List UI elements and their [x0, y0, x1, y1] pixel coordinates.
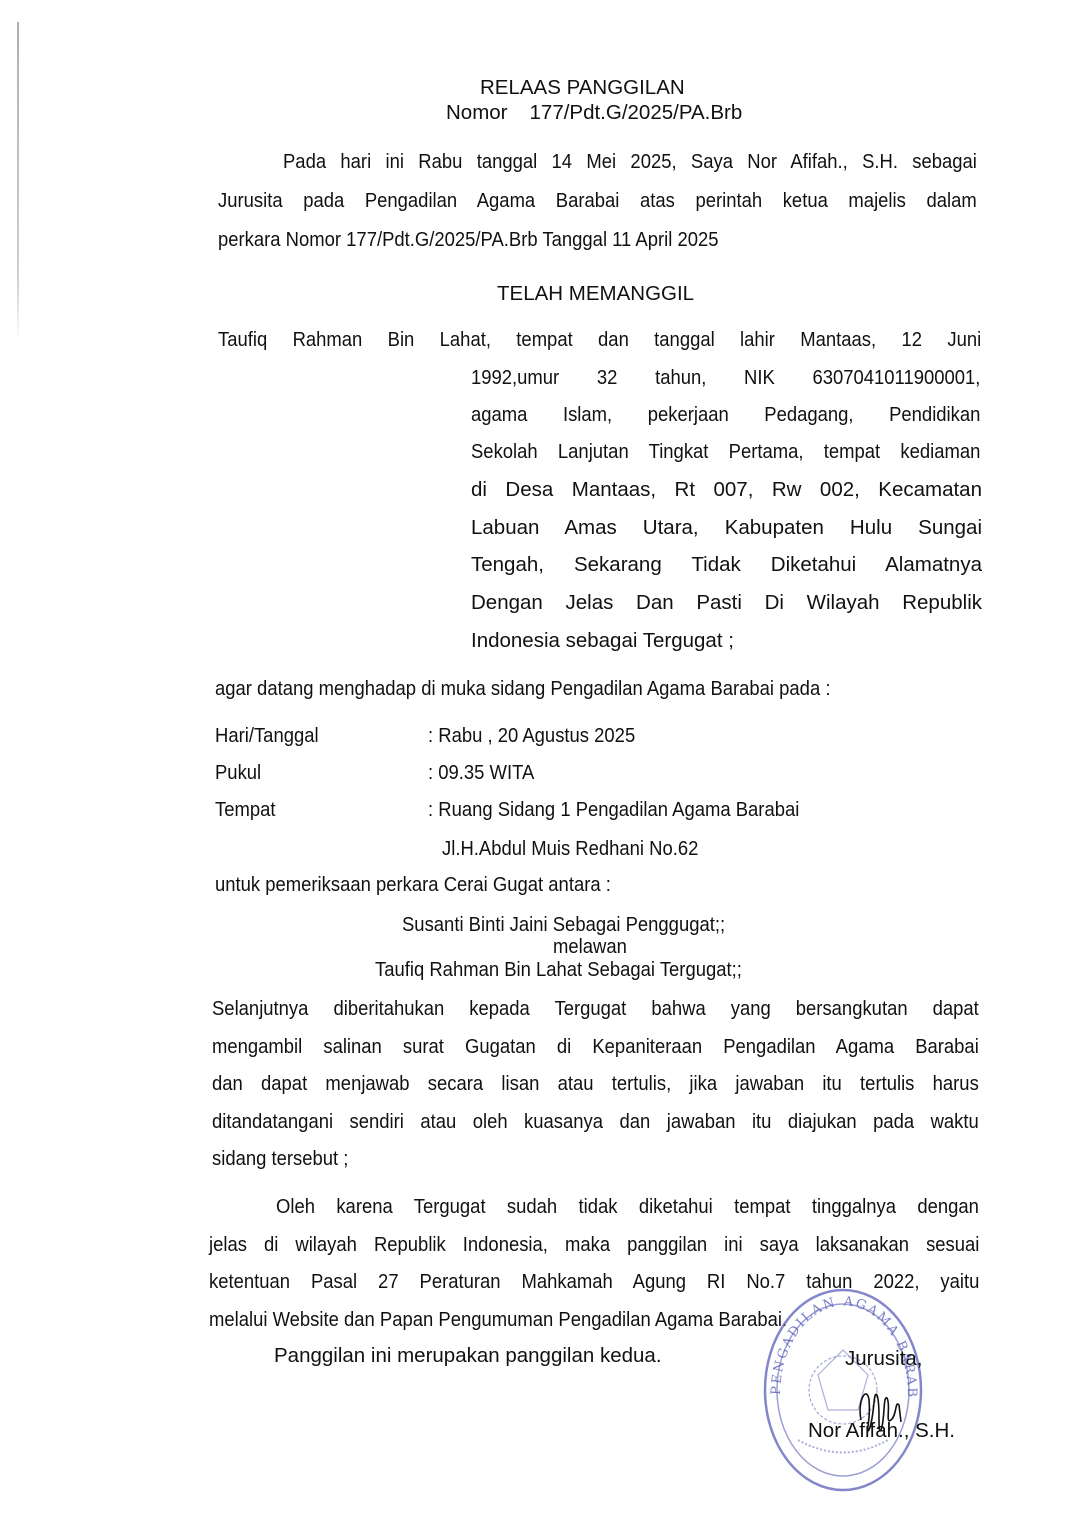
defendant-detail-line: Labuan Amas Utara, Kabupaten Hulu Sungai [471, 516, 982, 540]
court-address: Jl.H.Abdul Muis Redhani No.62 [442, 837, 698, 861]
defendant-first-line: Taufiq Rahman Bin Lahat, tempat dan tang… [218, 328, 981, 352]
legal-basis-line: Oleh karena Tergugat sudah tidak diketah… [276, 1195, 979, 1219]
schedule-value-time: : 09.35 WITA [428, 761, 534, 785]
signer-name: Nor Afifah., S.H. [808, 1419, 955, 1443]
intro-line-3: perkara Nomor 177/Pdt.G/2025/PA.Brb Tang… [218, 228, 719, 252]
schedule-label-time: Pukul [215, 761, 261, 785]
scan-margin-line [17, 22, 19, 342]
defendant-detail-line: 1992,umur 32 tahun, NIK 6307041011900001… [471, 366, 980, 390]
document-number: Nomor177/Pdt.G/2025/PA.Brb [446, 101, 742, 125]
legal-basis-line: jelas di wilayah Republik Indonesia, mak… [209, 1233, 979, 1257]
defendant-detail-line: agama Islam, pekerjaan Pedagang, Pendidi… [471, 403, 980, 427]
schedule-label-date: Hari/Tanggal [215, 724, 319, 748]
intro-line-2: Jurusita pada Pengadilan Agama Barabai a… [218, 189, 977, 213]
schedule-value-place: : Ruang Sidang 1 Pengadilan Agama Baraba… [428, 798, 799, 822]
defendant-detail-line: Indonesia sebagai Tergugat ; [471, 629, 734, 653]
schedule-value-date: : Rabu , 20 Agustus 2025 [428, 724, 635, 748]
case-intro: untuk pemeriksaan perkara Cerai Gugat an… [215, 873, 611, 897]
intro-line-1: Pada hari ini Rabu tanggal 14 Mei 2025, … [283, 150, 977, 174]
notice-line: Selanjutnya diberitahukan kepada Terguga… [212, 997, 979, 1021]
notice-line: sidang tersebut ; [212, 1147, 348, 1171]
document-title: RELAAS PANGGILAN [480, 76, 685, 100]
plaintiff-line: Susanti Binti Jaini Sebagai Penggugat;; [402, 913, 725, 937]
notice-line: mengambil salinan surat Gugatan di Kepan… [212, 1035, 979, 1059]
section-heading: TELAH MEMANGGIL [497, 282, 694, 306]
schedule-label-place: Tempat [215, 798, 276, 822]
defendant-detail-line: Tengah, Sekarang Tidak Diketahui Alamatn… [471, 553, 982, 577]
defendant-detail-line: di Desa Mantaas, Rt 007, Rw 002, Kecamat… [471, 478, 982, 502]
defendant-detail-line: Dengan Jelas Dan Pasti Di Wilayah Republ… [471, 591, 982, 615]
summons-intro: agar datang menghadap di muka sidang Pen… [215, 677, 830, 701]
notice-line: ditandatangani sendiri atau oleh kuasany… [212, 1110, 979, 1134]
signature-role: Jurusita, [845, 1347, 922, 1371]
defendant-detail-line: Sekolah Lanjutan Tingkat Pertama, tempat… [471, 440, 980, 464]
versus-line: melawan [553, 935, 627, 959]
number-label: Nomor [446, 101, 508, 124]
closing-statement: Panggilan ini merupakan panggilan kedua. [274, 1344, 662, 1368]
number-value: 177/Pdt.G/2025/PA.Brb [530, 101, 743, 124]
notice-line: dan dapat menjawab secara lisan atau ter… [212, 1072, 979, 1096]
legal-basis-line: melalui Website dan Papan Pengumuman Pen… [209, 1308, 787, 1332]
defendant-party-line: Taufiq Rahman Bin Lahat Sebagai Tergugat… [375, 958, 742, 982]
